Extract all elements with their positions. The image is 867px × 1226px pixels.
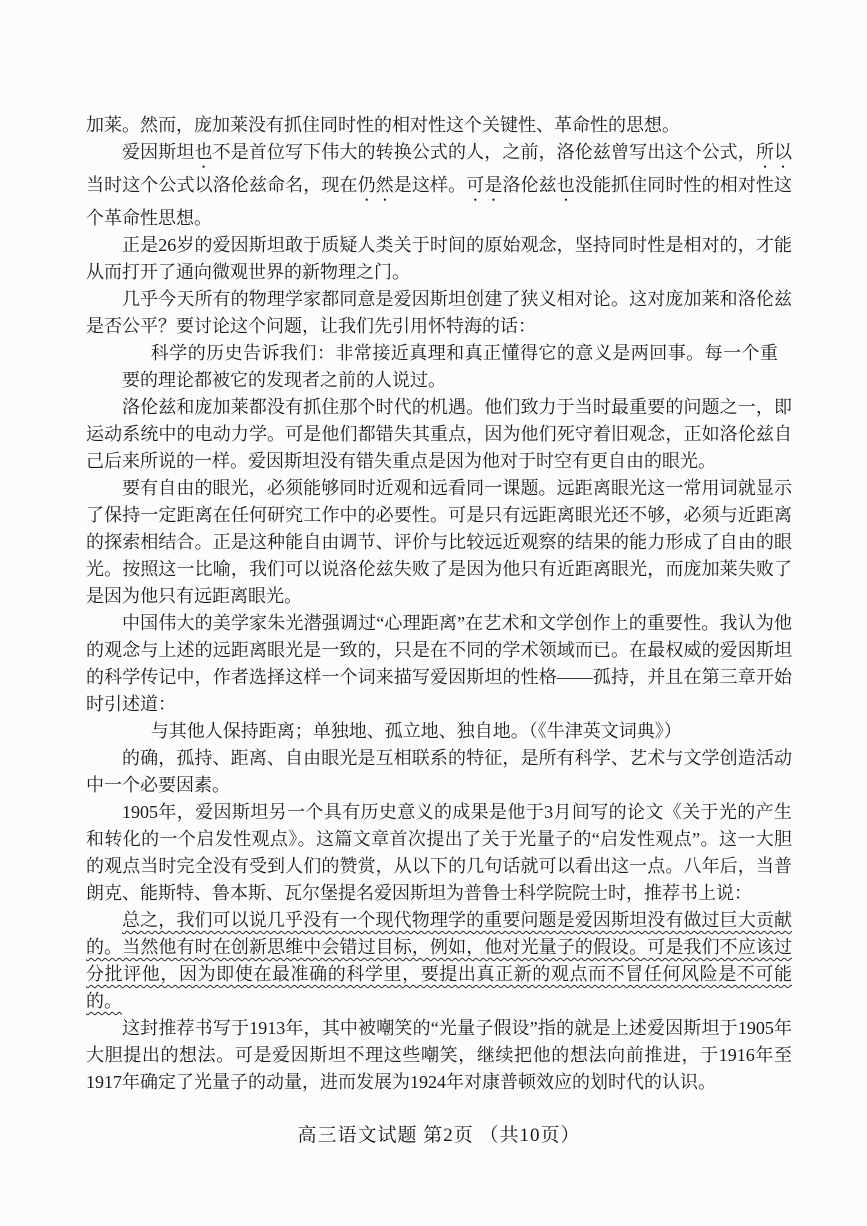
exam-page: 加莱。然而，庞加莱没有抓住同时性的相对性这个关键性、革命性的思想。爱因斯坦也不是… xyxy=(0,0,867,1226)
emphasized-word: 仍然 xyxy=(358,175,394,195)
emphasized-word: 可是 xyxy=(466,175,502,195)
text-run: 洛伦兹 xyxy=(502,175,556,195)
emphasized-word: 也 xyxy=(194,142,212,162)
text-run: 爱因斯坦 xyxy=(122,142,194,162)
body-paragraph: 正是26岁的爱因斯坦敢于质疑人类关于时间的原始观念，坚持同时性是相对的，才能从而… xyxy=(86,232,792,286)
emphasized-word: 所以 xyxy=(756,142,792,162)
text-run: 不是首位写下伟大的转换公式的人，之前，洛伦兹曾写出这个公式， xyxy=(213,142,756,162)
text-run: 当时这个公式以洛伦兹命名，现在 xyxy=(86,175,358,195)
body-paragraph: 爱因斯坦也不是首位写下伟大的转换公式的人，之前，洛伦兹曾写出这个公式，所以当时这… xyxy=(86,139,792,232)
underlined-paragraph: 总之，我们可以说几乎没有一个现代物理学的重要问题是爱因斯坦没有做过巨大贡献的。当… xyxy=(86,907,792,1015)
body-paragraph: 1905年，爱因斯坦另一个具有历史意义的成果是他于3月间写的论文《关于光的产生和… xyxy=(86,799,792,907)
text-run: 科学的历史告诉我们：非常接近真理和真正懂得它的意义是两回事。每一个重要的理论都被… xyxy=(122,343,778,390)
text-run: 与其他人保持距离；单独地、孤立地、独自地。（《牛津英文词典》） xyxy=(151,721,682,741)
text-run: 总之，我们可以说几乎没有一个现代物理学的重要问题是爱因斯坦没有做过巨大贡献的。当… xyxy=(86,910,792,1011)
body-paragraph: 这封推荐书写于1913年，其中被嘲笑的“光量子假设”指的就是上述爱因斯坦于190… xyxy=(86,1015,792,1096)
text-run: 几乎今天所有的物理学家都同意是爱因斯坦创建了狭义相对论。这对庞加莱和洛伦兹是否公… xyxy=(86,289,792,336)
text-run: 要有自由的眼光，必须能够同时近观和远看同一课题。远距离眼光这一常用词就显示了保持… xyxy=(86,478,792,606)
text-run: 1905年，爱因斯坦另一个具有历史意义的成果是他于3月间写的论文《关于光的产生和… xyxy=(86,802,792,903)
text-run: 中国伟大的美学家朱光潜强调过“心理距离”在艺术和文学创作上的重要性。我认为他的观… xyxy=(86,613,792,714)
quote-paragraph: 科学的历史告诉我们：非常接近真理和真正懂得它的意义是两回事。每一个重要的理论都被… xyxy=(122,340,778,394)
body-paragraph: 中国伟大的美学家朱光潜强调过“心理距离”在艺术和文学创作上的重要性。我认为他的观… xyxy=(86,610,792,718)
text-run: 这封推荐书写于1913年，其中被嘲笑的“光量子假设”指的就是上述爱因斯坦于190… xyxy=(86,1018,792,1092)
exam-text-body: 加莱。然而，庞加莱没有抓住同时性的相对性这个关键性、革命性的思想。爱因斯坦也不是… xyxy=(86,112,792,1096)
body-paragraph: 几乎今天所有的物理学家都同意是爱因斯坦创建了狭义相对论。这对庞加莱和洛伦兹是否公… xyxy=(86,286,792,340)
emphasized-word: 也 xyxy=(557,175,575,195)
text-run: 洛伦兹和庞加莱都没有抓住那个时代的机遇。他们致力于当时最重要的问题之一，即运动系… xyxy=(86,397,792,471)
body-paragraph: 的确，孤持、距离、自由眼光是互相联系的特征，是所有科学、艺术与文学创造活动中一个… xyxy=(86,745,792,799)
quote-paragraph: 与其他人保持距离；单独地、孤立地、独自地。（《牛津英文词典》） xyxy=(122,718,778,745)
body-paragraph: 洛伦兹和庞加莱都没有抓住那个时代的机遇。他们致力于当时最重要的问题之一，即运动系… xyxy=(86,394,792,475)
text-run: 是这样。 xyxy=(394,175,466,195)
text-run: 正是26岁的爱因斯坦敢于质疑人类关于时间的原始观念，坚持同时性是相对的，才能从而… xyxy=(86,235,792,282)
body-paragraph: 要有自由的眼光，必须能够同时近观和远看同一课题。远距离眼光这一常用词就显示了保持… xyxy=(86,475,792,610)
text-run: 的确，孤持、距离、自由眼光是互相联系的特征，是所有科学、艺术与文学创造活动中一个… xyxy=(86,748,792,795)
text-run: 加莱。然而，庞加莱没有抓住同时性的相对性这个关键性、革命性的思想。 xyxy=(86,115,680,135)
footer-text: 高三语文试题 第2页 （共10页） xyxy=(297,1125,580,1146)
body-paragraph: 加莱。然而，庞加莱没有抓住同时性的相对性这个关键性、革命性的思想。 xyxy=(86,112,792,139)
page-footer: 高三语文试题 第2页 （共10页） xyxy=(86,1120,792,1147)
